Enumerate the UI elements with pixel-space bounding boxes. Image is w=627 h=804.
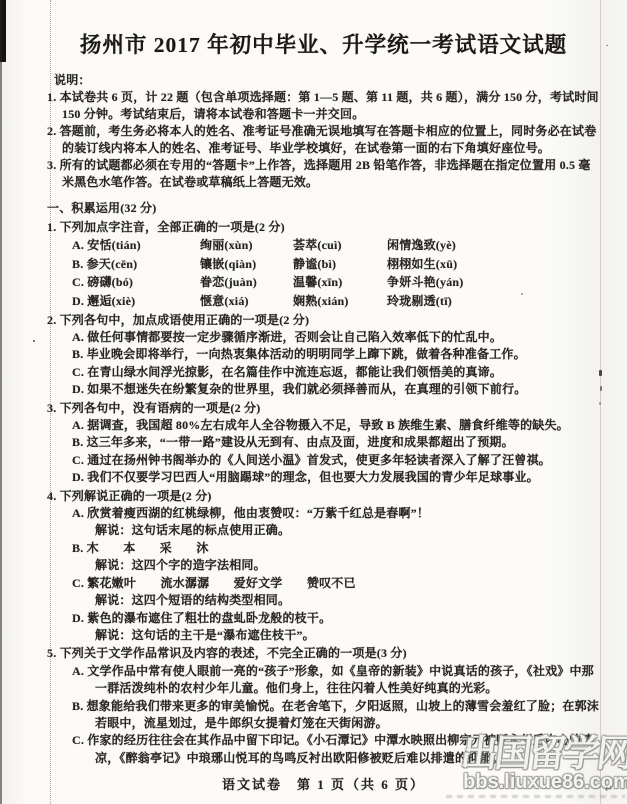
question-5-stem: 5. 下列关于文学作品常识及内容的表述，不完全正确的一项是(3 分): [47, 645, 600, 662]
scan-speck: [599, 402, 601, 405]
question-4-option: B. 木 本 采 沐: [72, 540, 600, 557]
question-2-option: A. 做任何事情都要按一定步骤循序渐进，否则会让自己陷入效率低下的忙乱中。: [72, 329, 600, 346]
scan-speck: [600, 386, 602, 391]
question-2-option: D. 如果不想迷失在纷繁复杂的世界里，我们就必须择善而从，在真理的引领下前行。: [72, 381, 600, 398]
question-2-stem: 2. 下列各句中，加点成语使用正确的一项是(2 分): [47, 312, 600, 329]
question-2-option: C. 在青山绿水间浮光掠影，在名篇佳作中流连忘返，都能让我们领悟美的真谛。: [72, 364, 600, 381]
question-3-option: A. 据调查，我国超 80%左右成年人全谷物摄入不足，导致 B 族维生素、膳食纤…: [72, 417, 600, 434]
pinyin-cell: 温馨(xīn): [293, 273, 387, 292]
scan-speck: [599, 370, 602, 376]
scan-speck: [33, 340, 35, 342]
question-5-option: A. 文学作品中常有使人眼前一亮的“孩子”形象，如《皇帝的新装》中说真话的孩子，…: [72, 663, 600, 698]
pinyin-cell: 玲珑剔透(tī): [387, 292, 600, 311]
question-4-stem: 4. 下列解说正确的一项是(2 分): [47, 488, 600, 505]
question-1-option-row: C. 磅礴(bó) 眷恋(juàn) 温馨(xīn) 争妍斗艳(yán): [72, 273, 600, 292]
section-heading: 一、积累运用(32 分): [47, 200, 600, 217]
question-4-option: D. 紫色的瀑布遮住了粗壮的盘虬卧龙般的枝干。: [72, 610, 600, 627]
question-3-option: C. 通过在扬州钟书阁举办的《人间送小温》首发式，使更多年轻读者深入了解了汪曾祺…: [72, 452, 600, 469]
pinyin-cell: 荟萃(cuì): [293, 236, 387, 255]
pinyin-cell: D. 邂逅(xiè): [72, 292, 200, 311]
return-arrow-mark: ↵: [605, 784, 613, 795]
pinyin-cell: 争妍斗艳(yán): [387, 273, 600, 292]
pinyin-cell: 娴熟(xián): [293, 292, 387, 311]
scan-speck: [521, 293, 523, 295]
pinyin-cell: 绚丽(xùn): [200, 236, 293, 255]
question-2-option: B. 毕业晚会即将举行，一向热衷集体活动的明明同学上蹿下跳，做着各种准备工作。: [72, 346, 600, 363]
question-4-option: A. 欣赏着瘦西湖的红桃绿柳，他由衷赞叹：“万紫千红总是春啊”！: [72, 505, 600, 522]
pinyin-cell: 闲情逸致(yè): [387, 236, 600, 255]
question-4-option-note: 解说：这句话的主干是“瀑布遮住枝干”。: [95, 627, 600, 644]
question-1-option-row: A. 安恬(tián) 绚丽(xùn) 荟萃(cuì) 闲情逸致(yè): [72, 236, 600, 255]
pinyin-cell: A. 安恬(tián): [72, 236, 200, 255]
question-4-option-note: 解说：这四个短语的结构类型相同。: [95, 592, 600, 609]
pinyin-cell: 镶嵌(qiàn): [200, 255, 293, 274]
pinyin-cell: 静谧(bì): [293, 255, 387, 274]
instruction-item: 3. 所有的试题都必须在专用的“答题卡”上作答，选择题用 2B 铅笔作答，非选择…: [47, 157, 600, 191]
watermark-small-text: [446, 795, 625, 798]
scan-edge-line: [0, 0, 2, 804]
question-1-stem: 1. 下列加点字注音，全部正确的一项是(2 分): [47, 219, 600, 236]
pinyin-cell: C. 磅礴(bó): [72, 273, 200, 292]
scan-speck: [95, 338, 97, 340]
question-3-option: D. 我们不仅要学习巴西人“用脑踢球”的理念，但也要大力发展我国的青少年足球事业…: [72, 469, 600, 486]
page-title: 扬州市 2017 年初中毕业、升学统一考试语文试题: [47, 30, 600, 60]
page-footer: 语文试卷 第 1 页（共 6 页）: [47, 774, 600, 793]
pinyin-cell: B. 参天(cēn): [72, 255, 200, 274]
question-5-option: C. 作家的经历往往会在其作品中留下印记。《小石潭记》中潭水映照出柳宗元被贬永州…: [72, 732, 600, 767]
question-3-option: B. 这三年多来，“一带一路”建设从无到有、由点及面，进度和成果都超出了预期。: [72, 434, 600, 451]
pinyin-cell: 栩栩如生(xū): [387, 255, 600, 274]
title-stray-mark: ·: [605, 40, 609, 52]
question-3-stem: 3. 下列各句中，没有语病的一项是(2 分): [47, 400, 600, 417]
question-4-option-note: 解说：这句话末尾的标点使用正确。: [95, 522, 600, 539]
pinyin-cell: 惬意(xiá): [200, 292, 293, 311]
question-4-option: C. 繁花嫩叶 流水潺潺 爱好文学 赞叹不已: [72, 575, 600, 592]
question-1-option-row: B. 参天(cēn) 镶嵌(qiàn) 静谧(bì) 栩栩如生(xū): [72, 255, 600, 274]
question-4-option-note: 解说：这四个字的造字法相同。: [95, 557, 600, 574]
question-5-option: B. 想象能给我们带来更多的审美愉悦。在老舍笔下，夕阳返照，山坡上的薄雪会羞红了…: [72, 698, 600, 733]
instructions-heading: 说明：: [54, 72, 600, 89]
page-content: 扬州市 2017 年初中毕业、升学统一考试语文试题 说明： 1. 本试卷共 6 …: [47, 0, 600, 767]
pinyin-cell: 眷恋(juàn): [200, 273, 293, 292]
instruction-item: 1. 本试卷共 6 页，计 22 题（包含单项选择题：第 1—5 题、第 11 …: [47, 89, 600, 123]
exam-paper-page: · 扬州市 2017 年初中毕业、升学统一考试语文试题 说明： 1. 本试卷共 …: [0, 0, 627, 804]
instruction-item: 2. 答题前，考生务必将本人的姓名、准考证号准确无误地填写在答题卡相应的位置上，…: [47, 123, 600, 157]
